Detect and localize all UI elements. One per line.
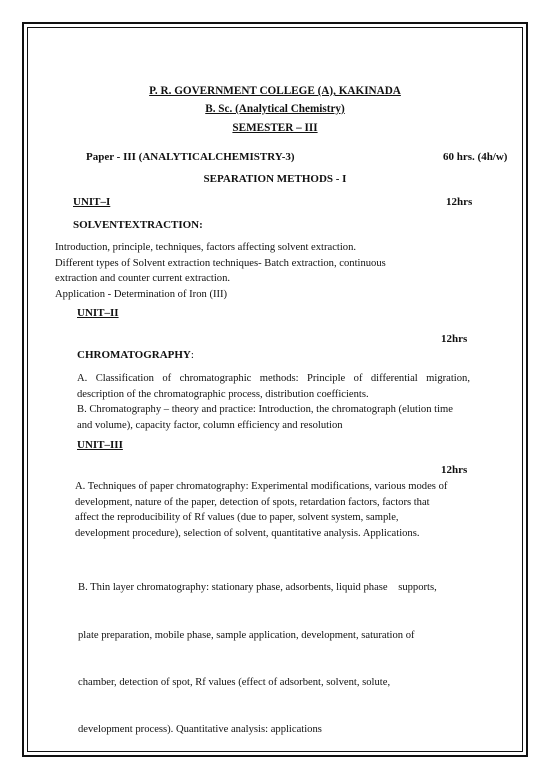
unit-3-a-line: development, nature of the paper, detect… <box>75 495 447 511</box>
unit-3-b-line: B. Thin layer chromatography: stationary… <box>78 580 437 596</box>
unit-2-topic-text: CHROMATOGRAPHY <box>77 349 191 361</box>
unit-2-content: A. Classification of chromatographic met… <box>77 371 470 434</box>
paper-title: Paper - III (ANALYTICALCHEMISTRY-3) <box>86 151 295 163</box>
unit-2-label: UNIT–II <box>77 307 119 319</box>
unit-3-a-line: A. Techniques of paper chromatography: E… <box>75 479 447 495</box>
college-name: P. R. GOVERNMENT COLLEGE (A), KAKINADA <box>0 85 550 97</box>
program-name: B. Sc. (Analytical Chemistry) <box>0 103 550 115</box>
unit-3-a-line: development procedure), selection of sol… <box>75 526 447 542</box>
unit-1-line: Application - Determination of Iron (III… <box>55 287 386 303</box>
unit-1-line: extraction and counter current extractio… <box>55 271 386 287</box>
unit-3-b-line: development process). Quantitative analy… <box>78 722 437 738</box>
unit-2-line: and volume), capacity factor, column eff… <box>77 418 470 434</box>
unit-2-topic-colon: : <box>191 349 194 361</box>
paper-hours: 60 hrs. (4h/w) <box>443 151 507 163</box>
unit-1-line: Introduction, principle, techniques, fac… <box>55 240 386 256</box>
unit-3-b-line: chamber, detection of spot, Rf values (e… <box>78 675 437 691</box>
unit-2-hours: 12hrs <box>441 333 467 345</box>
unit-1-content: Introduction, principle, techniques, fac… <box>55 240 386 303</box>
unit-1-line: Different types of Solvent extraction te… <box>55 256 386 272</box>
unit-3-b-line: plate preparation, mobile phase, sample … <box>78 628 437 644</box>
unit-2-line: A. Classification of chromatographic met… <box>77 371 470 387</box>
unit-3-hours: 12hrs <box>441 464 467 476</box>
unit-3-a-line: affect the reproducibility of Rf values … <box>75 510 447 526</box>
unit-2-line: B. Chromatography – theory and practice:… <box>77 402 470 418</box>
unit-3-paragraph-b: B. Thin layer chromatography: stationary… <box>78 549 437 753</box>
unit-1-label: UNIT–I <box>73 196 110 208</box>
unit-1-hours: 12hrs <box>446 196 472 208</box>
unit-1-topic: SOLVENTEXTRACTION: <box>73 219 203 231</box>
unit-2-line: description of the chromatographic proce… <box>77 387 470 403</box>
semester-heading: SEMESTER – III <box>0 122 550 134</box>
unit-3-label: UNIT–III <box>77 439 123 451</box>
unit-2-topic: CHROMATOGRAPHY: <box>77 349 194 361</box>
unit-3-paragraph-a: A. Techniques of paper chromatography: E… <box>75 479 447 542</box>
subject-heading: SEPARATION METHODS - I <box>0 173 550 185</box>
